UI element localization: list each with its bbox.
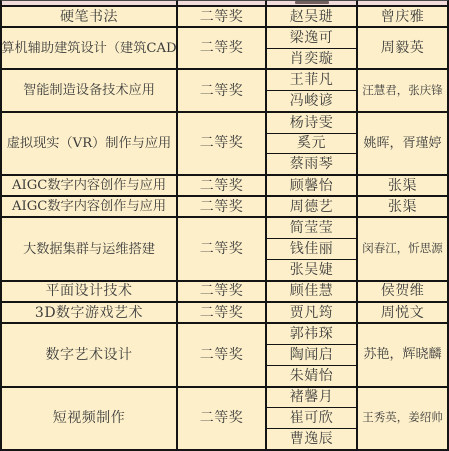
student-name: 郭祎琛 bbox=[267, 324, 356, 345]
table-row: 平面设计技术二等奖顾佳慧侯贺维 bbox=[0, 282, 449, 303]
table-row: 数字艺术设计二等奖郭祎琛陶闻启朱婧怡苏艳，辉晓麟 bbox=[0, 324, 449, 387]
students-cell: 顾佳慧 bbox=[267, 282, 358, 303]
clipped-top-row bbox=[0, 0, 449, 7]
teachers-cell: 周毅英 bbox=[358, 28, 449, 70]
student-name: 奚元 bbox=[267, 134, 356, 155]
award-cell: 二等奖 bbox=[178, 388, 267, 451]
clipped-text-remnant bbox=[295, 1, 329, 4]
student-name: 顾佳慧 bbox=[267, 282, 356, 301]
award-cell: 二等奖 bbox=[178, 28, 267, 70]
student-name: 赵吴琎 bbox=[267, 7, 356, 26]
event-cell: AIGC数字内容创作与应用 bbox=[0, 197, 178, 218]
teachers-cell: 姚晖，胥瑾婷 bbox=[358, 113, 449, 176]
teachers-cell: 王秀英，姜绍帅 bbox=[358, 388, 449, 451]
students-cell: 赵吴琎 bbox=[267, 7, 358, 28]
student-name: 曹逸辰 bbox=[267, 429, 356, 449]
award-cell: 二等奖 bbox=[178, 7, 267, 28]
teachers-cell: 周悦文 bbox=[358, 303, 449, 324]
event-cell: 短视频制作 bbox=[0, 388, 178, 451]
teachers-cell: 苏艳，辉晓麟 bbox=[358, 324, 449, 387]
clipped-cell-teachers bbox=[358, 0, 449, 7]
student-name: 周德艺 bbox=[267, 197, 356, 216]
teachers-cell: 闵春江，忻思源 bbox=[358, 218, 449, 281]
event-cell: 硬笔书法 bbox=[0, 7, 178, 28]
event-cell: 虚拟现实（VR）制作与应用 bbox=[0, 113, 178, 176]
student-name: 张吴婕 bbox=[267, 260, 356, 280]
student-name: 杨诗雯 bbox=[267, 113, 356, 134]
event-cell: 3D数字游戏艺术 bbox=[0, 303, 178, 324]
student-name: 简莹莹 bbox=[267, 218, 356, 239]
event-cell: 计算机辅助建筑设计（建筑CAD） bbox=[0, 28, 178, 70]
table-row: 智能制造设备技术应用二等奖王菲凡冯峻谚汪慧君，张庆锋 bbox=[0, 70, 449, 112]
table-body: 硬笔书法二等奖赵吴琎曾庆雅计算机辅助建筑设计（建筑CAD）二等奖梁逸可肖奕璇周毅… bbox=[0, 7, 449, 451]
student-name: 蔡雨琴 bbox=[267, 154, 356, 174]
clipped-cell-student bbox=[267, 0, 358, 7]
students-cell: 郭祎琛陶闻启朱婧怡 bbox=[267, 324, 358, 387]
award-cell: 二等奖 bbox=[178, 282, 267, 303]
student-name: 褚馨月 bbox=[267, 388, 356, 409]
table-row: 3D数字游戏艺术二等奖贾凡筠周悦文 bbox=[0, 303, 449, 324]
award-cell: 二等奖 bbox=[178, 197, 267, 218]
student-name: 王菲凡 bbox=[267, 70, 356, 91]
students-cell: 顾馨怡 bbox=[267, 176, 358, 197]
table-row: AIGC数字内容创作与应用二等奖周德艺张渠 bbox=[0, 197, 449, 218]
award-cell: 二等奖 bbox=[178, 113, 267, 176]
teachers-cell: 曾庆雅 bbox=[358, 7, 449, 28]
students-cell: 贾凡筠 bbox=[267, 303, 358, 324]
teachers-cell: 张渠 bbox=[358, 176, 449, 197]
teachers-cell: 张渠 bbox=[358, 197, 449, 218]
award-cell: 二等奖 bbox=[178, 176, 267, 197]
student-name: 陶闻启 bbox=[267, 345, 356, 366]
student-name: 顾馨怡 bbox=[267, 176, 356, 195]
student-name: 梁逸可 bbox=[267, 28, 356, 49]
event-cell: 平面设计技术 bbox=[0, 282, 178, 303]
students-cell: 简莹莹钱佳丽张吴婕 bbox=[267, 218, 358, 281]
students-cell: 梁逸可肖奕璇 bbox=[267, 28, 358, 70]
table-row: 虚拟现实（VR）制作与应用二等奖杨诗雯奚元蔡雨琴姚晖，胥瑾婷 bbox=[0, 113, 449, 176]
table-row: 硬笔书法二等奖赵吴琎曾庆雅 bbox=[0, 7, 449, 28]
student-name: 肖奕璇 bbox=[267, 49, 356, 69]
award-cell: 二等奖 bbox=[178, 218, 267, 281]
students-cell: 周德艺 bbox=[267, 197, 358, 218]
table-row: 计算机辅助建筑设计（建筑CAD）二等奖梁逸可肖奕璇周毅英 bbox=[0, 28, 449, 70]
clipped-cell-event bbox=[0, 0, 178, 7]
event-cell: 数字艺术设计 bbox=[0, 324, 178, 387]
awards-table: 硬笔书法二等奖赵吴琎曾庆雅计算机辅助建筑设计（建筑CAD）二等奖梁逸可肖奕璇周毅… bbox=[0, 0, 449, 451]
table-row: AIGC数字内容创作与应用二等奖顾馨怡张渠 bbox=[0, 176, 449, 197]
event-cell: 大数据集群与运维搭建 bbox=[0, 218, 178, 281]
teachers-cell: 侯贺维 bbox=[358, 282, 449, 303]
students-cell: 杨诗雯奚元蔡雨琴 bbox=[267, 113, 358, 176]
clipped-cell-award bbox=[178, 0, 267, 7]
award-cell: 二等奖 bbox=[178, 70, 267, 112]
event-cell: AIGC数字内容创作与应用 bbox=[0, 176, 178, 197]
table-row: 短视频制作二等奖褚馨月崔可欣曹逸辰王秀英，姜绍帅 bbox=[0, 388, 449, 451]
students-cell: 王菲凡冯峻谚 bbox=[267, 70, 358, 112]
students-cell: 褚馨月崔可欣曹逸辰 bbox=[267, 388, 358, 451]
student-name: 崔可欣 bbox=[267, 408, 356, 429]
teachers-cell: 汪慧君，张庆锋 bbox=[358, 70, 449, 112]
table-row: 大数据集群与运维搭建二等奖简莹莹钱佳丽张吴婕闵春江，忻思源 bbox=[0, 218, 449, 281]
student-name: 朱婧怡 bbox=[267, 366, 356, 386]
student-name: 贾凡筠 bbox=[267, 303, 356, 322]
event-cell: 智能制造设备技术应用 bbox=[0, 70, 178, 112]
student-name: 钱佳丽 bbox=[267, 239, 356, 260]
award-cell: 二等奖 bbox=[178, 303, 267, 324]
student-name: 冯峻谚 bbox=[267, 91, 356, 111]
award-cell: 二等奖 bbox=[178, 324, 267, 387]
